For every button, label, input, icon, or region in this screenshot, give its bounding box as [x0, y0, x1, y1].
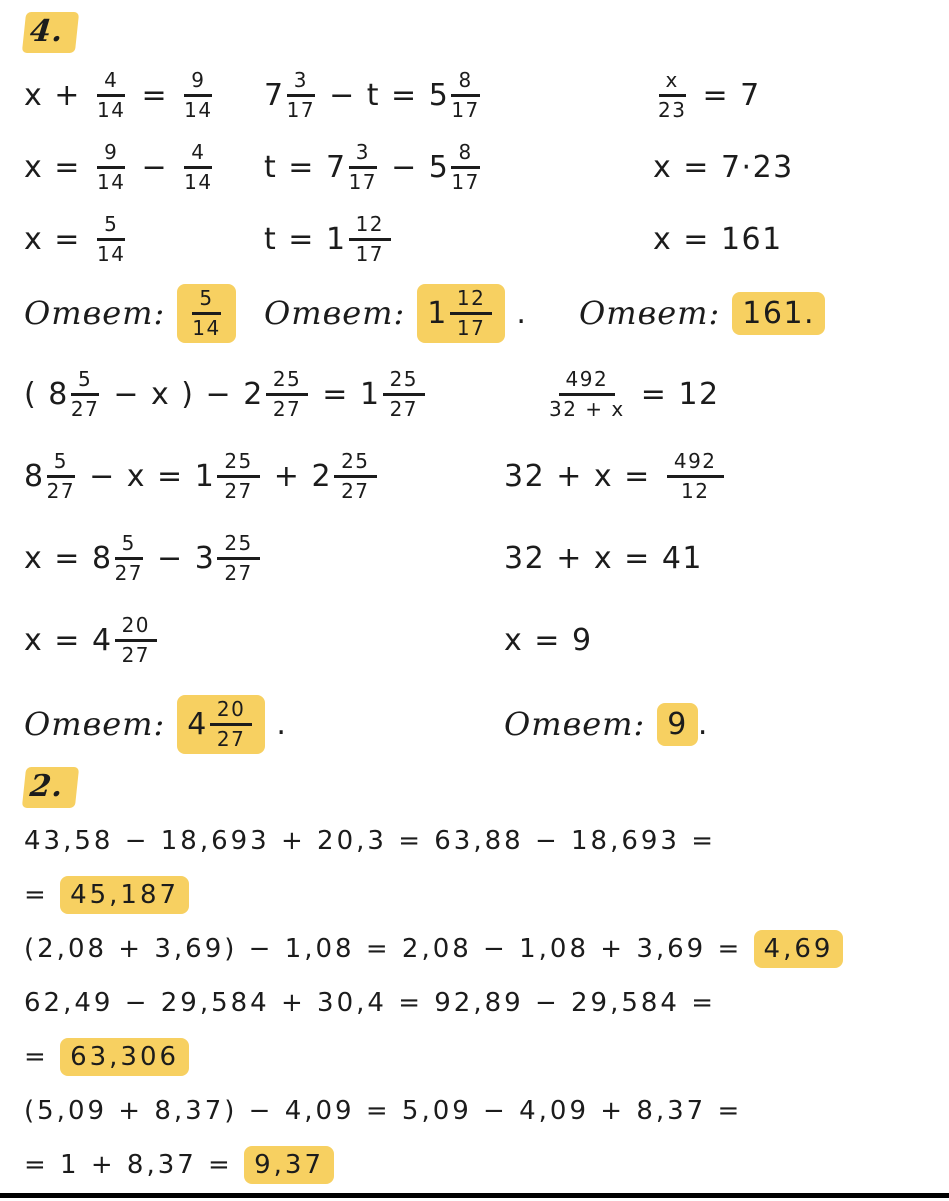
equation-line: 8527 − x = 12527 + 22527	[24, 435, 504, 517]
whole-part: 8	[92, 541, 113, 576]
equation-line: = 63,306	[24, 1030, 939, 1084]
fraction-denominator: 27	[273, 396, 301, 420]
fraction-denominator: 17	[457, 315, 485, 339]
fraction-denominator: 27	[115, 560, 143, 584]
math-text: 161.	[742, 296, 815, 331]
fraction-denominator: 14	[184, 169, 212, 193]
math-text: 63,306	[70, 1042, 179, 1072]
fraction: 1217	[349, 214, 391, 265]
fraction-numerator: 5	[71, 369, 99, 396]
mixed-number: 8527	[24, 451, 78, 502]
mixed-number: 7317	[264, 70, 318, 121]
fraction: 817	[451, 142, 479, 193]
answer-highlight: 9	[657, 703, 698, 746]
math-text: 32 + x =	[504, 459, 662, 494]
equation-line: 49232 + x = 12	[504, 353, 939, 435]
fraction: 2527	[217, 451, 259, 502]
whole-part: 1	[427, 296, 448, 331]
fraction: 514	[192, 288, 220, 339]
fraction-denominator: 14	[192, 315, 220, 339]
fraction-numerator: 20	[115, 615, 157, 642]
math-text: 45,187	[70, 880, 179, 910]
fraction-numerator: 25	[334, 451, 376, 478]
scan-bottom-edge-line	[0, 1193, 949, 1198]
answer-word: Ответ:	[504, 705, 645, 743]
fraction-denominator: 14	[97, 241, 125, 265]
fraction-numerator: 8	[451, 70, 479, 97]
fraction: 527	[47, 451, 75, 502]
fraction-numerator: 5	[47, 451, 75, 478]
math-text: 62,49 − 29,584 + 30,4 = 92,89 − 29,584 =	[24, 988, 716, 1018]
answer-line: Ответ:11217 .	[264, 277, 579, 349]
whole-part: 2	[311, 459, 332, 494]
answer-highlight: 4,69	[754, 930, 844, 968]
math-text: t =	[264, 222, 326, 257]
equation-line: 43,58 − 18,693 + 20,3 = 63,88 − 18,693 =	[24, 814, 939, 868]
fraction-numerator: 5	[115, 533, 143, 560]
fraction-numerator: 12	[349, 214, 391, 241]
section-4-number: 4.	[22, 12, 80, 53]
fraction: 49232 + x	[549, 369, 625, 420]
fraction-denominator: 17	[451, 97, 479, 121]
equation-line: x = 161	[579, 203, 939, 275]
math-text: − t =	[318, 78, 429, 113]
fraction-numerator: 8	[451, 142, 479, 169]
math-text: .	[698, 707, 709, 742]
fraction-denominator: 32 + x	[549, 396, 625, 420]
math-text: (	[24, 377, 48, 412]
whole-part: 2	[243, 377, 264, 412]
fraction-numerator: 25	[266, 369, 308, 396]
answer-highlight: 161.	[732, 292, 825, 335]
equation-line: (5,09 + 8,37) − 4,09 = 5,09 − 4,09 + 8,3…	[24, 1084, 939, 1138]
fraction: 317	[349, 142, 377, 193]
math-text: .	[265, 707, 287, 742]
handwritten-worksheet-page: 4. x + 414 = 914x = 914 − 414x = 514Отве…	[0, 0, 949, 1201]
fraction: 2527	[217, 533, 259, 584]
fraction-numerator: 9	[97, 142, 125, 169]
decimal-exercises: 43,58 − 18,693 + 20,3 = 63,88 − 18,693 =…	[24, 814, 939, 1192]
fraction-denominator: 12	[681, 478, 709, 502]
whole-part: 7	[264, 78, 285, 113]
equation-line: x = 914 − 414	[24, 131, 264, 203]
fraction-denominator: 14	[97, 169, 125, 193]
math-text: x =	[24, 222, 92, 257]
math-text: x =	[24, 541, 92, 576]
mixed-number: 7317	[326, 142, 380, 193]
math-text: = 12	[630, 377, 720, 412]
whole-part: 8	[24, 459, 45, 494]
equation-line: x + 414 = 914	[24, 59, 264, 131]
answer-highlight: 42027	[177, 695, 265, 754]
math-text: =	[24, 880, 60, 910]
answer-word: Ответ:	[24, 705, 165, 743]
fraction-numerator: 20	[210, 699, 252, 726]
math-text: 4,69	[764, 934, 834, 964]
fraction: 514	[97, 214, 125, 265]
mixed-number: 11217	[326, 214, 394, 265]
fraction: 527	[71, 369, 99, 420]
math-text: +	[263, 459, 312, 494]
whole-part: 7	[326, 150, 347, 185]
whole-part: 8	[48, 377, 69, 412]
whole-part: 1	[360, 377, 381, 412]
fraction-denominator: 17	[287, 97, 315, 121]
fraction: 2527	[334, 451, 376, 502]
answer-highlight: 63,306	[60, 1038, 189, 1076]
fraction-numerator: 12	[450, 288, 492, 315]
answer-highlight: 11217	[417, 284, 505, 343]
answer-word: Ответ:	[579, 294, 720, 332]
fraction-denominator: 27	[390, 396, 418, 420]
math-text: t =	[264, 150, 326, 185]
fraction: 2527	[266, 369, 308, 420]
fraction-numerator: 3	[349, 142, 377, 169]
equation-line: 32 + x = 41	[504, 517, 939, 599]
fraction: 2027	[115, 615, 157, 666]
mixed-number: 12527	[360, 369, 428, 420]
problem-column: x + 414 = 914x = 914 − 414x = 514Ответ:5…	[24, 59, 264, 349]
equation-line: ( 8527 − x ) − 22527 = 12527	[24, 353, 504, 435]
equation-line: (2,08 + 3,69) − 1,08 = 2,08 − 1,08 + 3,6…	[24, 922, 939, 976]
problem-column: x23 = 7x = 7·23x = 161Ответ:161.	[579, 59, 939, 349]
mixed-number: 5817	[429, 70, 483, 121]
fraction-denominator: 27	[47, 478, 75, 502]
whole-part: 5	[429, 78, 450, 113]
equation-line: 62,49 − 29,584 + 30,4 = 92,89 − 29,584 =	[24, 976, 939, 1030]
fraction-denominator: 27	[217, 726, 245, 750]
math-text: .	[505, 296, 527, 331]
mixed-number: 5817	[429, 142, 483, 193]
fraction: 414	[184, 142, 212, 193]
math-text: 32 + x = 41	[504, 541, 703, 576]
fraction: 317	[287, 70, 315, 121]
fraction-numerator: 9	[184, 70, 212, 97]
mixed-number: 22527	[311, 451, 379, 502]
fraction-numerator: 4	[184, 142, 212, 169]
fraction: x23	[658, 70, 686, 121]
problem-column: ( 8527 − x ) − 22527 = 125278527 − x = 1…	[24, 353, 504, 765]
fraction-numerator: 5	[97, 214, 125, 241]
math-text: (2,08 + 3,69) − 1,08 = 2,08 − 1,08 + 3,6…	[24, 934, 754, 964]
fraction-denominator: 27	[71, 396, 99, 420]
mixed-number: 12527	[195, 451, 263, 502]
answer-line: Ответ:514	[24, 277, 264, 349]
equation-problems-row-1: x + 414 = 914x = 914 − 414x = 514Ответ:5…	[24, 59, 939, 349]
fraction: 1217	[450, 288, 492, 339]
mixed-number: 11217	[427, 288, 495, 339]
math-text: = 7	[691, 78, 760, 113]
fraction-numerator: 492	[559, 369, 616, 396]
fraction-denominator: 23	[658, 97, 686, 121]
fraction-denominator: 17	[451, 169, 479, 193]
mixed-number: 42027	[187, 699, 255, 750]
whole-part: 1	[326, 222, 347, 257]
math-text: 9,37	[254, 1150, 324, 1180]
fraction: 817	[451, 70, 479, 121]
fraction: 414	[97, 70, 125, 121]
math-text: x =	[24, 623, 92, 658]
whole-part: 4	[92, 623, 113, 658]
answer-word: Ответ:	[264, 294, 405, 332]
fraction-denominator: 14	[97, 97, 125, 121]
fraction-numerator: x	[659, 70, 686, 97]
math-text: x = 161	[653, 222, 783, 257]
whole-part: 3	[195, 541, 216, 576]
equation-problems-row-2: ( 8527 − x ) − 22527 = 125278527 − x = 1…	[24, 353, 939, 765]
math-text: (5,09 + 8,37) − 4,09 = 5,09 − 4,09 + 8,3…	[24, 1096, 742, 1126]
fraction-numerator: 492	[667, 451, 724, 478]
math-text: x +	[24, 78, 92, 113]
math-text: −	[146, 541, 195, 576]
whole-part: 4	[187, 707, 208, 742]
problem-column: 7317 − t = 5817t = 7317 − 5817t = 11217О…	[264, 59, 579, 349]
fraction-denominator: 27	[224, 478, 252, 502]
mixed-number: 32527	[195, 533, 263, 584]
answer-highlight: 45,187	[60, 876, 189, 914]
fraction-numerator: 5	[192, 288, 220, 315]
fraction-denominator: 17	[349, 169, 377, 193]
equation-line: t = 7317 − 5817	[264, 131, 579, 203]
answer-line: Ответ:42027 .	[24, 683, 504, 765]
equation-line: t = 11217	[264, 203, 579, 275]
math-text: − x =	[78, 459, 195, 494]
section-2-number: 2.	[22, 767, 80, 808]
equation-line: x = 514	[24, 203, 264, 275]
fraction: 914	[97, 142, 125, 193]
equation-line: 7317 − t = 5817	[264, 59, 579, 131]
math-text: x =	[24, 150, 92, 185]
fraction-denominator: 27	[122, 642, 150, 666]
answer-line: Ответ:161.	[579, 277, 939, 349]
math-text: =	[311, 377, 360, 412]
equation-line: 32 + x = 49212	[504, 435, 939, 517]
equation-line: = 1 + 8,37 = 9,37	[24, 1138, 939, 1192]
fraction-numerator: 3	[287, 70, 315, 97]
fraction-denominator: 27	[341, 478, 369, 502]
fraction-numerator: 25	[383, 369, 425, 396]
fraction: 49212	[667, 451, 724, 502]
answer-word: Ответ:	[24, 294, 165, 332]
equation-line: x = 8527 − 32527	[24, 517, 504, 599]
answer-highlight: 9,37	[244, 1146, 334, 1184]
fraction-denominator: 14	[184, 97, 212, 121]
fraction-numerator: 25	[217, 533, 259, 560]
math-text: −	[130, 150, 179, 185]
math-text: x = 7·23	[653, 150, 794, 185]
section-2-header: 2.	[24, 767, 939, 808]
fraction: 2527	[383, 369, 425, 420]
fraction-numerator: 4	[97, 70, 125, 97]
mixed-number: 22527	[243, 369, 311, 420]
whole-part: 5	[429, 150, 450, 185]
math-text: =	[130, 78, 179, 113]
fraction-denominator: 17	[356, 241, 384, 265]
mixed-number: 42027	[92, 615, 160, 666]
whole-part: 1	[195, 459, 216, 494]
problem-column: 49232 + x = 1232 + x = 4921232 + x = 41x…	[504, 353, 939, 765]
math-text: = 1 + 8,37 =	[24, 1150, 244, 1180]
answer-line: Ответ:9.	[504, 683, 939, 765]
fraction-denominator: 27	[224, 560, 252, 584]
math-text: −	[380, 150, 429, 185]
section-4-header: 4.	[24, 12, 939, 53]
fraction: 527	[115, 533, 143, 584]
math-text: − x ) −	[102, 377, 243, 412]
math-text: =	[24, 1042, 60, 1072]
mixed-number: 8527	[92, 533, 146, 584]
math-text: 43,58 − 18,693 + 20,3 = 63,88 − 18,693 =	[24, 826, 716, 856]
fraction: 914	[184, 70, 212, 121]
mixed-number: 8527	[48, 369, 102, 420]
equation-line: x = 42027	[24, 599, 504, 681]
math-text: 9	[667, 707, 688, 742]
equation-line: x = 7·23	[579, 131, 939, 203]
equation-line: x = 9	[504, 599, 939, 681]
fraction-numerator: 25	[217, 451, 259, 478]
equation-line: x23 = 7	[579, 59, 939, 131]
equation-line: = 45,187	[24, 868, 939, 922]
fraction: 2027	[210, 699, 252, 750]
math-text: x = 9	[504, 623, 593, 658]
answer-highlight: 514	[177, 284, 235, 343]
